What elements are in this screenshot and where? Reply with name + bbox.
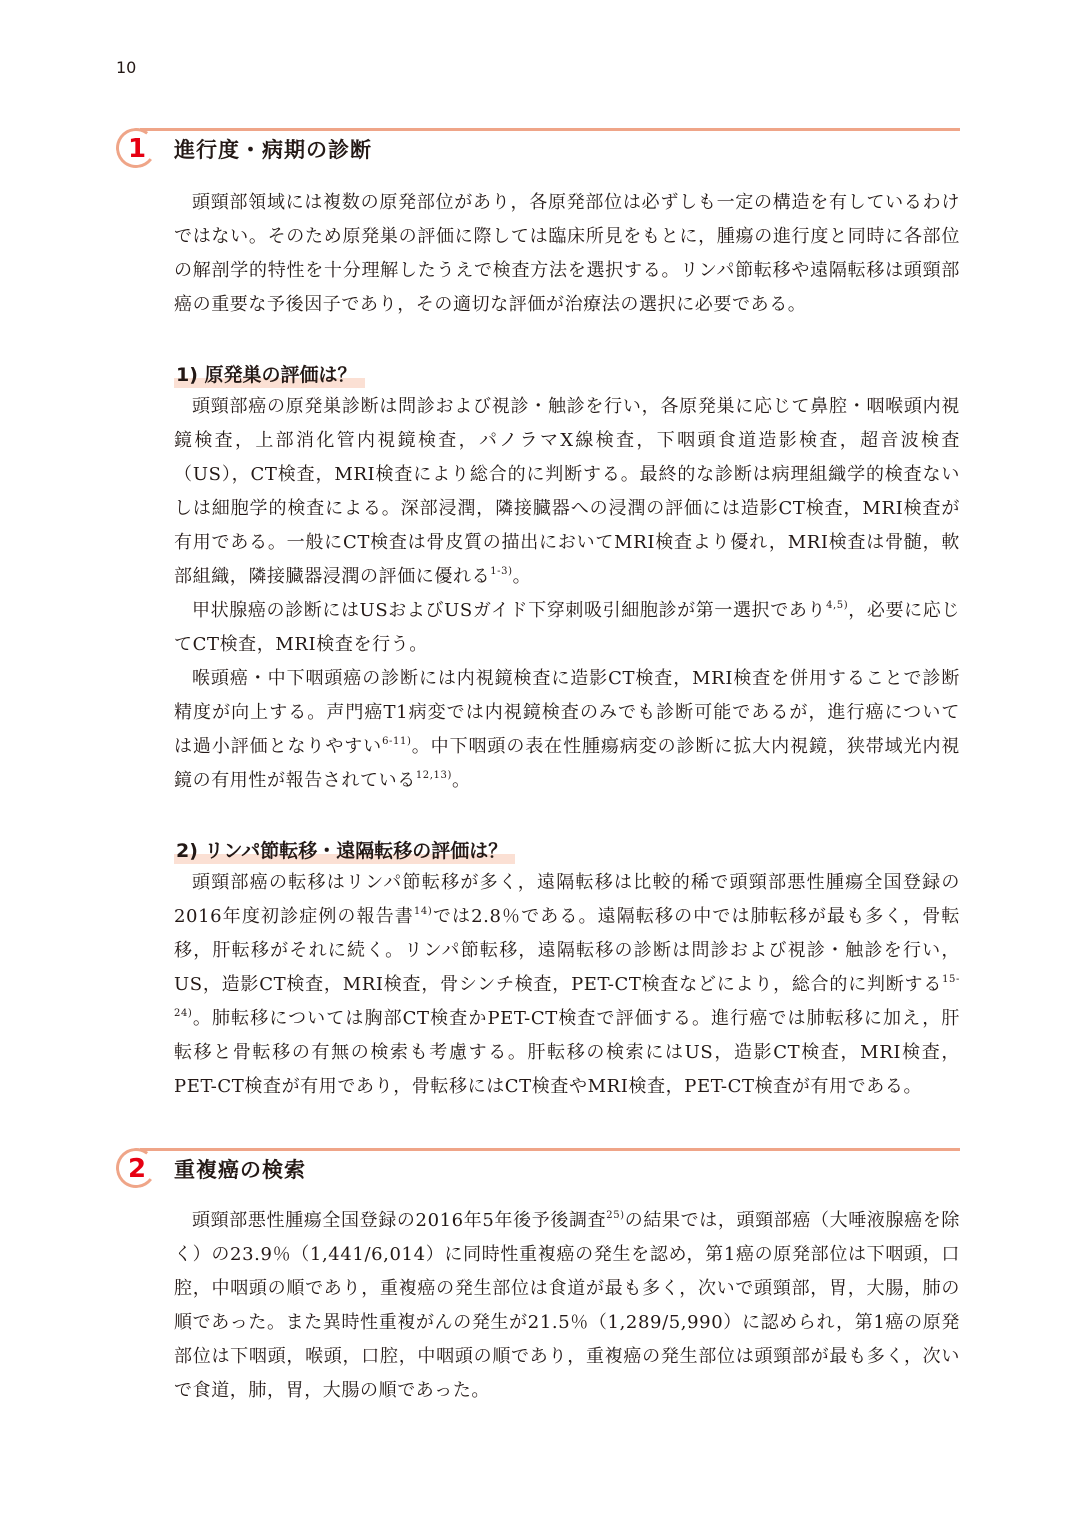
section-number: 2 — [124, 1154, 150, 1184]
section-heading: 1 進行度・病期の診断 — [116, 128, 960, 176]
paragraph-text: 。 — [452, 770, 471, 791]
paragraph-text: の結果では，頭頸部癌（大唾液腺癌を除く）の23.9％（1,441/6,014）に… — [174, 1210, 960, 1401]
paragraph-text: 頭頸部悪性腫瘍全国登録の2016年5年後予後調査 — [192, 1210, 606, 1231]
paragraph-text: 。 — [513, 566, 532, 587]
section-rule — [140, 1148, 960, 1151]
citation: 6-11) — [382, 736, 411, 747]
paragraph: 甲状腺癌の診断にはUSおよびUSガイド下穿刺吸引細胞診が第一選択であり4,5)，… — [174, 594, 960, 662]
section-rule — [140, 128, 960, 131]
paragraph-text: 甲状腺癌の診断にはUSおよびUSガイド下穿刺吸引細胞診が第一選択であり — [192, 600, 826, 621]
section-heading: 2 重複癌の検索 — [116, 1148, 960, 1196]
citation: 14) — [414, 906, 432, 917]
paragraph: 頭頸部悪性腫瘍全国登録の2016年5年後予後調査25)の結果では，頭頸部癌（大唾… — [174, 1204, 960, 1408]
section-intro: 頭頸部領域には複数の原発部位があり，各原発部位は必ずしも一定の構造を有しているわ… — [174, 186, 960, 322]
section-multiple-cancers: 2 重複癌の検索 頭頸部悪性腫瘍全国登録の2016年5年後予後調査25)の結果で… — [116, 1148, 960, 1408]
paragraph: 喉頭癌・中下咽頭癌の診断には内視鏡検査に造影CT検査，MRI検査を併用することで… — [174, 662, 960, 798]
page-number: 10 — [116, 58, 136, 77]
paragraph-text: 。肺転移については胸部CT検査かPET-CT検査で評価する。進行癌では肺転移に加… — [174, 1008, 960, 1097]
subsection-title: 1) 原発巣の評価は？ — [174, 362, 365, 388]
paragraph: 頭頸部癌の転移はリンパ節転移が多く，遠隔転移は比較的稀で頭頸部悪性腫瘍全国登録の… — [174, 866, 960, 1104]
paragraph: 頭頸部癌の原発巣診断は問診および視診・触診を行い，各原発巣に応じて鼻腔・咽喉頭内… — [174, 390, 960, 594]
subsection-title: 2) リンパ節転移・遠隔転移の評価は？ — [174, 838, 515, 864]
citation: 25) — [606, 1210, 624, 1221]
section-title: 重複癌の検索 — [174, 1154, 306, 1186]
section-title: 進行度・病期の診断 — [174, 134, 372, 166]
section-number: 1 — [124, 134, 150, 164]
citation: 4,5) — [826, 600, 848, 611]
citation: 1-3) — [490, 566, 512, 577]
section-staging: 1 進行度・病期の診断 頭頸部領域には複数の原発部位があり，各原発部位は必ずしも… — [116, 128, 960, 1104]
paragraph-text: 頭頸部癌の原発巣診断は問診および視診・触診を行い，各原発巣に応じて鼻腔・咽喉頭内… — [174, 396, 960, 587]
citation: 12,13) — [416, 770, 452, 781]
